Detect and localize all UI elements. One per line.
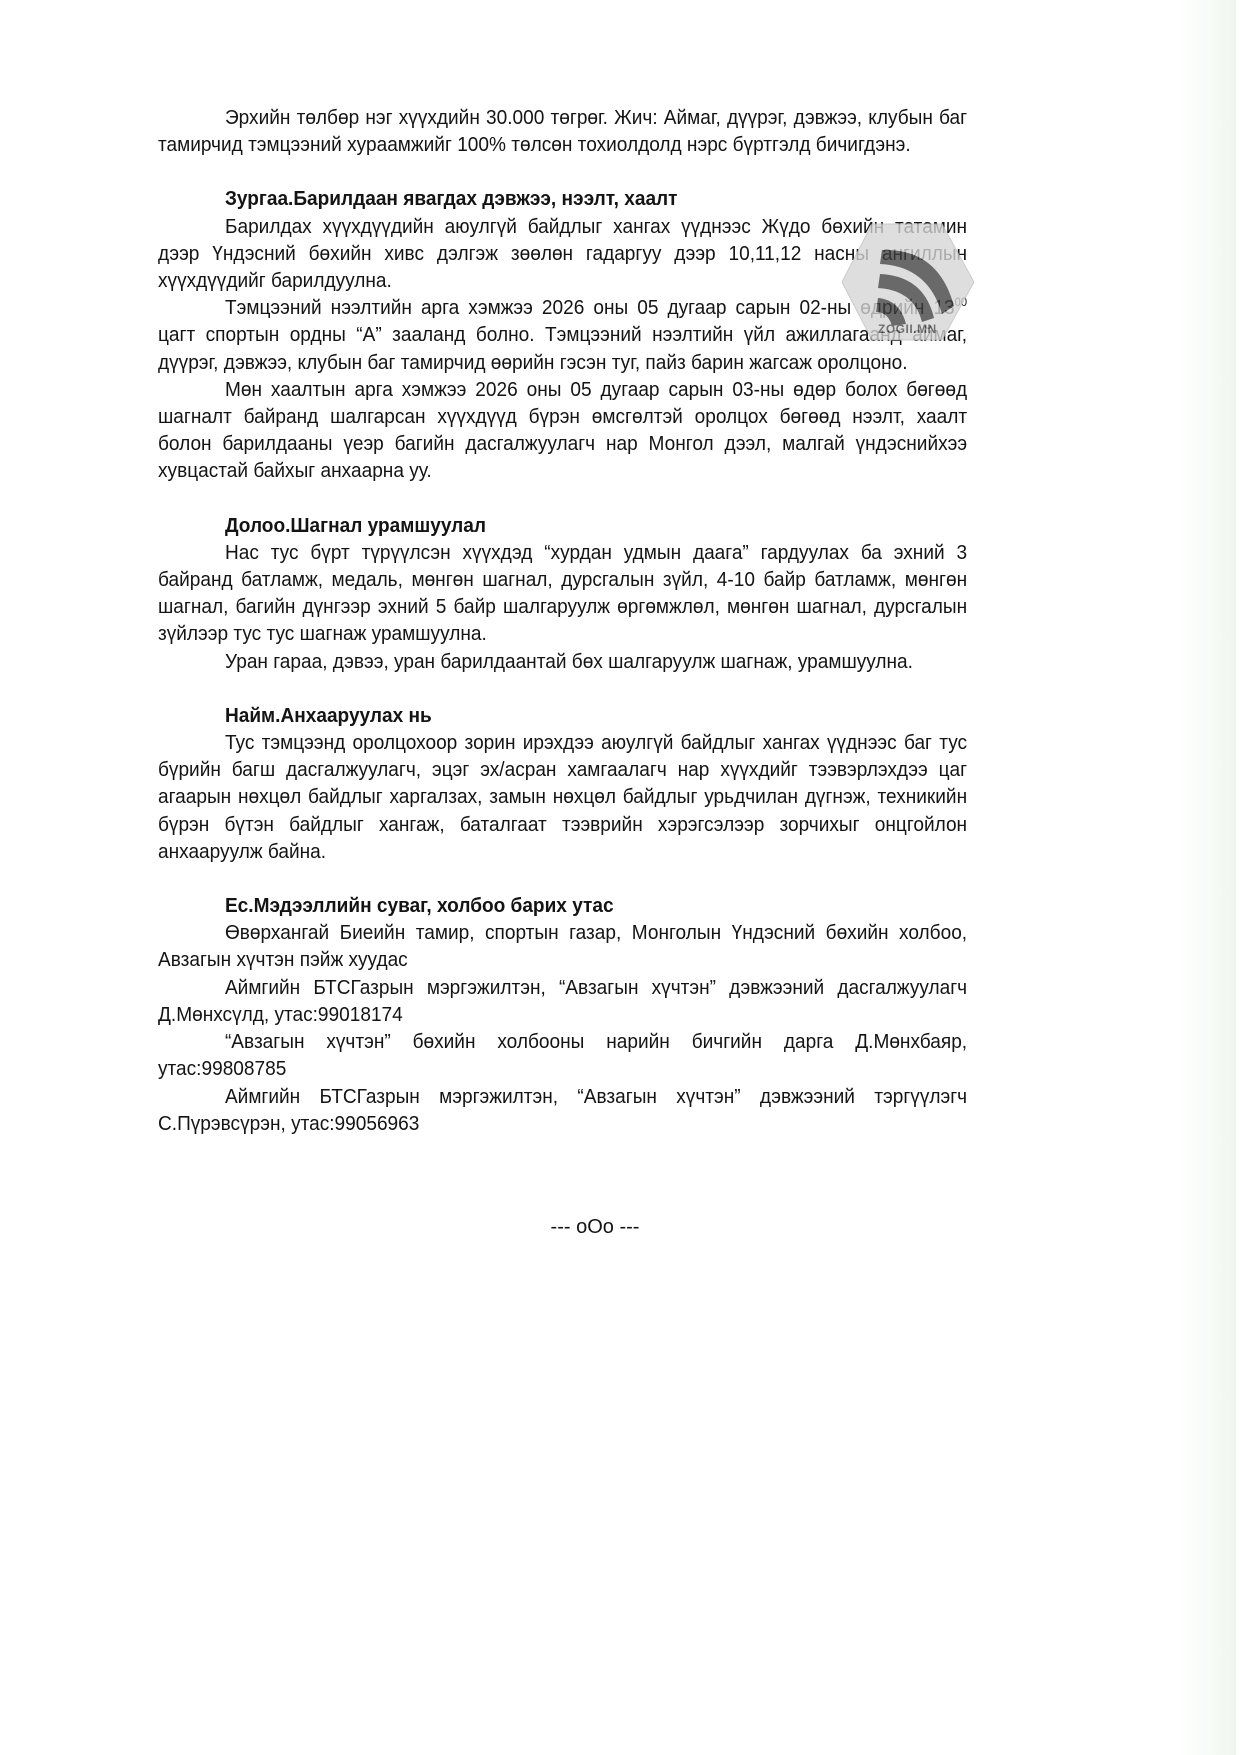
section-seven-paragraph-1: Нас тус бүрт түрүүлсэн хүүхдэд “хурдан у…: [158, 539, 967, 648]
document-page: Эрхийн төлбөр нэг хүүхдийн 30.000 төгрөг…: [0, 0, 1236, 1755]
section-eight-paragraph-1: Тус тэмцээнд оролцохоор зорин ирэхдээ аю…: [158, 729, 967, 865]
contact-paragraph-3: “Авзагын хүчтэн” бөхийн холбооны нарийн …: [158, 1028, 967, 1082]
spacer: [158, 865, 967, 892]
spacer: [158, 485, 967, 512]
document-end-mark: --- oOo ---: [0, 1216, 1190, 1239]
spacer: [158, 158, 967, 185]
contact-paragraph-4: Аймгийн БТСГазрын мэргэжилтэн, “Авзагын …: [158, 1083, 967, 1137]
section-seven-paragraph-2: Уран гараа, дэвээ, уран барилдаантай бөх…: [158, 648, 967, 675]
spacer: [158, 675, 967, 702]
contact-paragraph-2: Аймгийн БТСГазрын мэргэжилтэн, “Авзагын …: [158, 974, 967, 1028]
contact-paragraph-1: Өвөрхангай Биеийн тамир, спортын газар, …: [158, 919, 967, 973]
section-heading-nine: Ес.Мэдээллийн суваг, холбоо барих утас: [158, 892, 967, 919]
watermark-label: ZOGII.MN: [878, 322, 937, 336]
section-heading-seven: Долоо.Шагнал урамшуулал: [158, 512, 967, 539]
page-edge-shadow: [1176, 0, 1236, 1755]
intro-paragraph: Эрхийн төлбөр нэг хүүхдийн 30.000 төгрөг…: [158, 104, 967, 158]
section-heading-eight: Найм.Анхааруулах нь: [158, 702, 967, 729]
watermark-logo: ZOGII.MN: [842, 222, 974, 342]
section-six-paragraph-3: Мөн хаалтын арга хэмжээ 2026 оны 05 дуга…: [158, 376, 967, 485]
section-heading-six: Зургаа.Барилдаан явагдах дэвжээ, нээлт, …: [158, 185, 967, 212]
